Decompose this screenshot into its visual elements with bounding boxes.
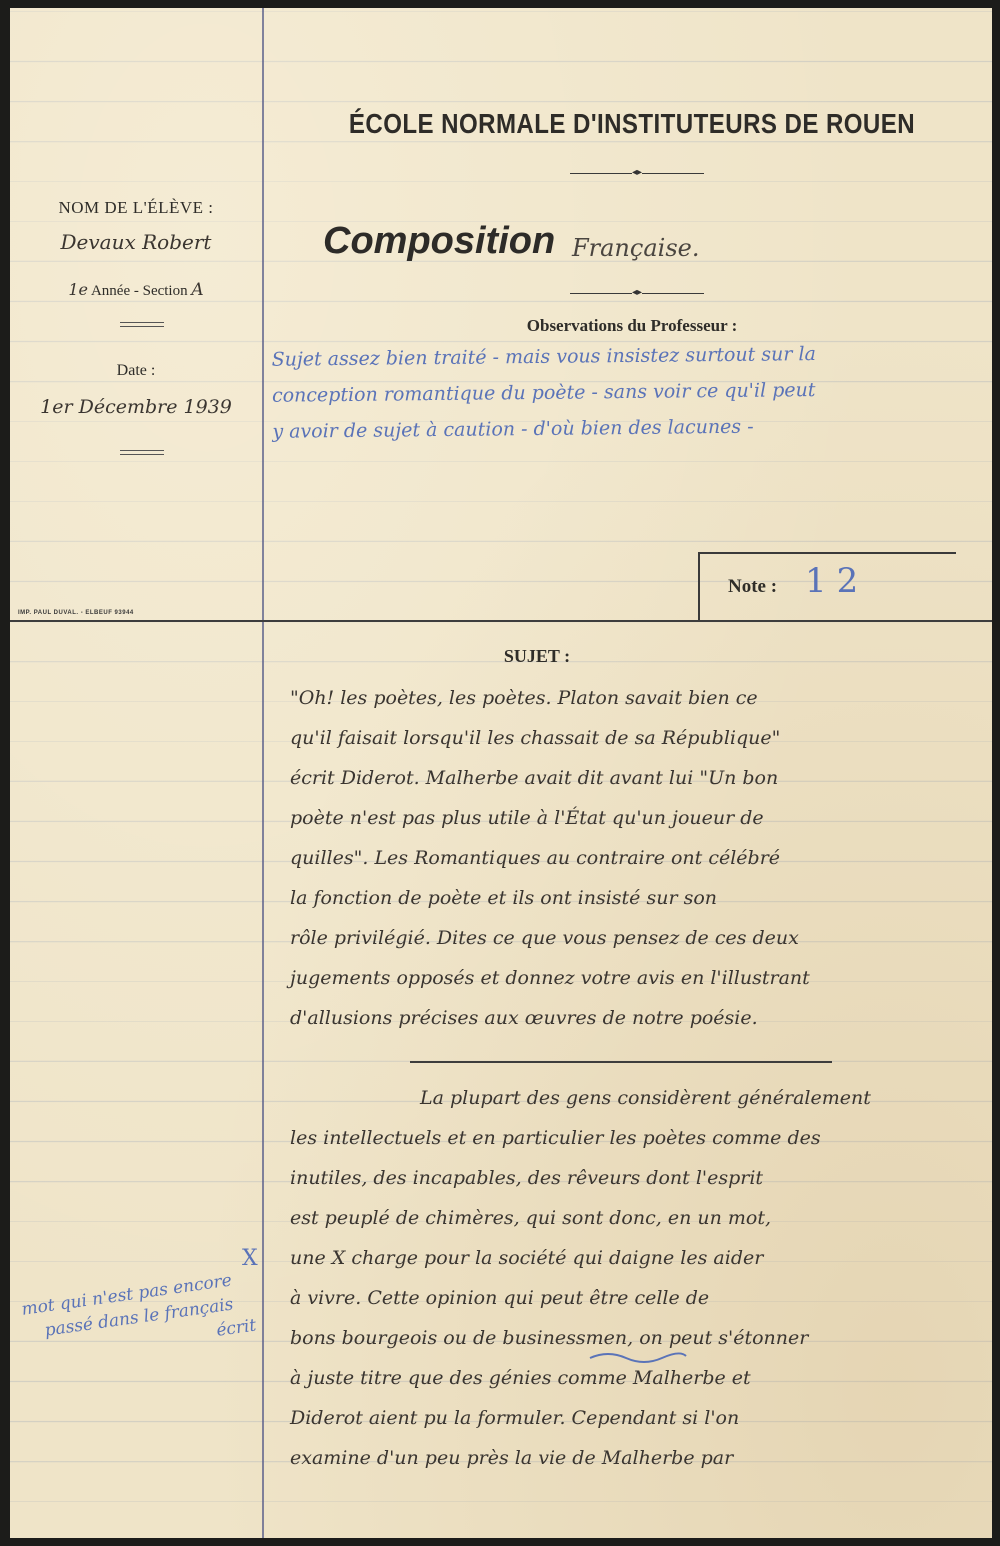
- teacher-observations: Sujet assez bien traité - mais vous insi…: [271, 334, 987, 449]
- sidebar-rule: [120, 450, 164, 455]
- sujet-line: la fonction de poète et ils ont insisté …: [290, 878, 990, 918]
- header-divider: [10, 620, 992, 622]
- school-name: ÉCOLE NORMALE D'INSTITUTEURS DE ROUEN: [322, 108, 941, 140]
- sujet-line: qu'il faisait lorsqu'il les chassait de …: [290, 718, 990, 758]
- grade-value: 12: [805, 561, 868, 601]
- exam-sheet: NOM DE L'ÉLÈVE : Devaux Robert 1e Année …: [10, 8, 992, 1538]
- sujet-line: quilles". Les Romantiques au contraire o…: [290, 838, 990, 878]
- essay-line: inutiles, des incapables, des rêveurs do…: [290, 1158, 990, 1198]
- date-label: Date :: [10, 362, 262, 380]
- sujet-label: SUJET :: [272, 646, 802, 667]
- year-prefix: 1e: [68, 280, 88, 299]
- sujet-line: "Oh! les poètes, les poètes. Platon sava…: [290, 678, 990, 718]
- sujet-line: rôle privilégié. Dites ce que vous pense…: [290, 918, 990, 958]
- sujet-line: jugements opposés et donnez votre avis e…: [290, 958, 990, 998]
- margin-comment: mot qui n'est pas encore passé dans le f…: [20, 1260, 297, 1369]
- composition-subject: Française.: [572, 234, 699, 262]
- essay-line: à juste titre que des génies comme Malhe…: [290, 1358, 990, 1398]
- essay-line: les intellectuels et en particulier les …: [290, 1118, 990, 1158]
- sidebar-rule: [120, 322, 164, 327]
- ornament-divider: ◂▸: [570, 168, 704, 178]
- sujet-line: poète n'est pas plus utile à l'État qu'u…: [290, 798, 990, 838]
- essay-line: Diderot aient pu la formuler. Cependant …: [290, 1398, 990, 1438]
- essay-text: La plupart des gens considèrent générale…: [290, 1078, 990, 1478]
- year-text: Année - Section: [91, 283, 188, 299]
- essay-line: est peuplé de chimères, qui sont donc, e…: [290, 1198, 990, 1238]
- essay-line: une X charge pour la société qui daigne …: [290, 1238, 990, 1278]
- sujet-text: "Oh! les poètes, les poètes. Platon sava…: [290, 678, 990, 1038]
- observation-line: y avoir de sujet à caution - d'où bien d…: [272, 406, 987, 449]
- essay-line: à vivre. Cette opinion qui peut être cel…: [290, 1278, 990, 1318]
- ornament-divider: ◂▸: [570, 288, 704, 298]
- composition-label: Composition: [323, 220, 555, 263]
- essay-line: examine d'un peu près la vie de Malherbe…: [290, 1438, 990, 1478]
- printer-imprint: IMP. PAUL DUVAL. - ELBEUF 93944: [18, 610, 134, 616]
- section-divider: [410, 1061, 832, 1063]
- date-value: 1er Décembre 1939: [10, 396, 262, 418]
- note-label: Note :: [728, 576, 777, 598]
- year-section: 1e Année - Section A: [10, 280, 262, 300]
- sujet-line: d'allusions précises aux œuvres de notre…: [290, 998, 990, 1038]
- student-label: NOM DE L'ÉLÈVE :: [10, 198, 262, 218]
- sujet-line: écrit Diderot. Malherbe avait dit avant …: [290, 758, 990, 798]
- student-name: Devaux Robert: [10, 230, 262, 254]
- wavy-underline-mark: [588, 1350, 688, 1364]
- section-value: A: [191, 280, 203, 300]
- essay-line: La plupart des gens considèrent générale…: [290, 1078, 990, 1118]
- observations-label: Observations du Professeur :: [272, 316, 992, 336]
